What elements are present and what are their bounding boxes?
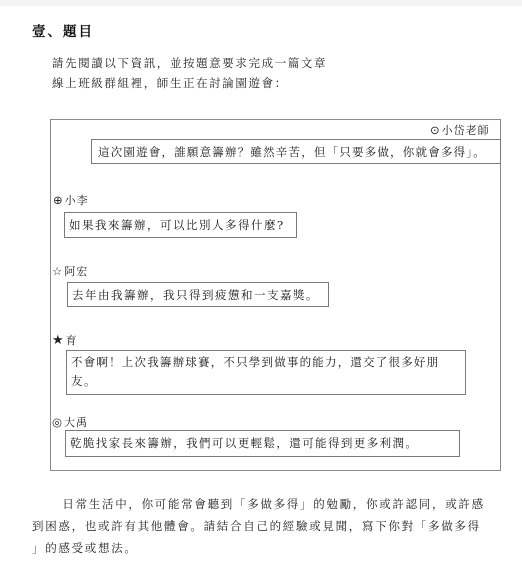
prompt-line-2: 到困惑，也或許有其他體會。請結合自己的經驗或見聞，寫下你對「多做多得 — [32, 518, 481, 534]
circle-plus-icon: ⊕ — [53, 193, 64, 207]
star-filled-icon: ★ — [52, 333, 65, 348]
prompt-line-1: 日常生活中，你可能常會聽到「多做多得」的勉勵，你或許認同，或許感 — [36, 496, 485, 512]
circle-dot-icon: ⊙ — [430, 123, 441, 137]
speaker-ahong: ☆阿宏 — [52, 263, 88, 279]
message-xiaoli: 如果我來籌辦，可以比別人多得什麼? — [64, 212, 297, 238]
speaker-yu: ★育 — [52, 332, 78, 348]
intro-line-1: 請先閱讀以下資訊，並按題意要求完成一篇文章 — [52, 55, 327, 71]
speaker-xiaoli: ⊕小李 — [53, 192, 89, 208]
message-teacher: 這次園遊會，誰願意籌辦？雖然辛苦，但「只要多做，你就會多得」。 — [91, 139, 501, 164]
speaker-name: 小李 — [65, 194, 89, 207]
message-yu: 不會啊！上次我籌辦球賽，不只學到做事的能力，還交了很多好朋 友。 — [66, 350, 466, 395]
message-dayu: 乾脆找家長來籌辦，我們可以更輕鬆，還可能得到更多利潤。 — [65, 430, 460, 457]
double-circle-icon: ◎ — [52, 415, 63, 429]
speaker-dayu: ◎大禹 — [52, 414, 88, 430]
speaker-name: 育 — [66, 334, 78, 347]
speaker-name: 小岱老師 — [442, 124, 490, 137]
message-line: 不會啊！上次我籌辦球賽，不只學到做事的能力，還交了很多好朋 — [71, 353, 461, 372]
intro-line-2: 線上班級群組裡，師生正在討論園遊會： — [52, 75, 288, 91]
top-strip — [0, 0, 522, 6]
speaker-teacher: ⊙小岱老師 — [430, 122, 490, 138]
message-ahong: 去年由我籌辦，我只得到疲憊和一支嘉獎。 — [67, 282, 329, 307]
section-heading: 壹、題目 — [32, 20, 94, 40]
speaker-name: 阿宏 — [64, 265, 88, 278]
message-line: 友。 — [71, 372, 461, 391]
prompt-line-3: 」的感受或想法。 — [32, 540, 138, 556]
star-outline-icon: ☆ — [52, 264, 63, 278]
speaker-name: 大禹 — [64, 416, 88, 429]
